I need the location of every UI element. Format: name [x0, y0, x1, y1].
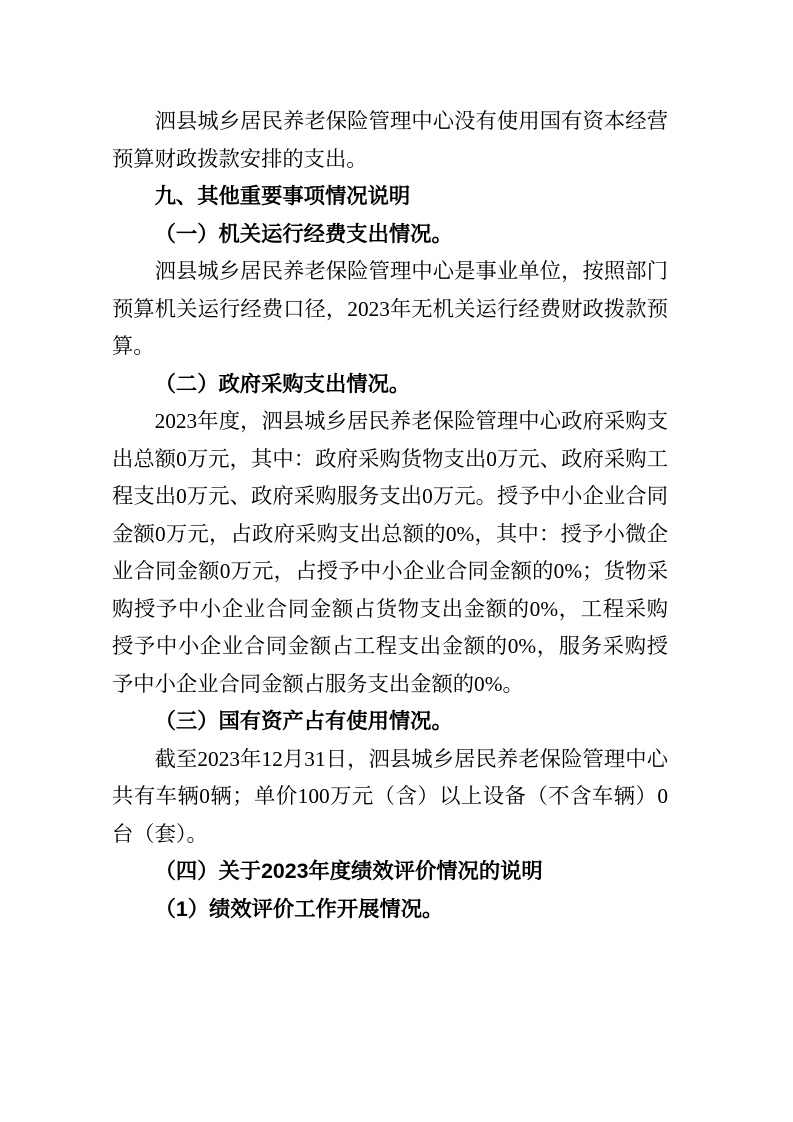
paragraph: 2023年度，泗县城乡居民养老保险管理中心政府采购支出总额0万元，其中：政府采购… [112, 403, 668, 703]
section-heading: （三）国有资产占有使用情况。 [112, 703, 668, 741]
paragraph: 泗县城乡居民养老保险管理中心没有使用国有资本经营预算财政拨款安排的支出。 [112, 103, 668, 178]
document-page: 泗县城乡居民养老保险管理中心没有使用国有资本经营预算财政拨款安排的支出。九、其他… [0, 0, 793, 1122]
paragraph: 泗县城乡居民养老保险管理中心是事业单位，按照部门预算机关运行经费口径，2023年… [112, 253, 668, 366]
paragraph: 截至2023年12月31日，泗县城乡居民养老保险管理中心共有车辆0辆；单价100… [112, 741, 668, 854]
document-body: 泗县城乡居民养老保险管理中心没有使用国有资本经营预算财政拨款安排的支出。九、其他… [112, 103, 668, 928]
section-heading: （四）关于2023年度绩效评价情况的说明 [112, 853, 668, 891]
section-heading: （二）政府采购支出情况。 [112, 366, 668, 404]
section-heading: 九、其他重要事项情况说明 [112, 178, 668, 216]
section-heading: （一）机关运行经费支出情况。 [112, 216, 668, 254]
section-heading: （1）绩效评价工作开展情况。 [112, 891, 668, 929]
